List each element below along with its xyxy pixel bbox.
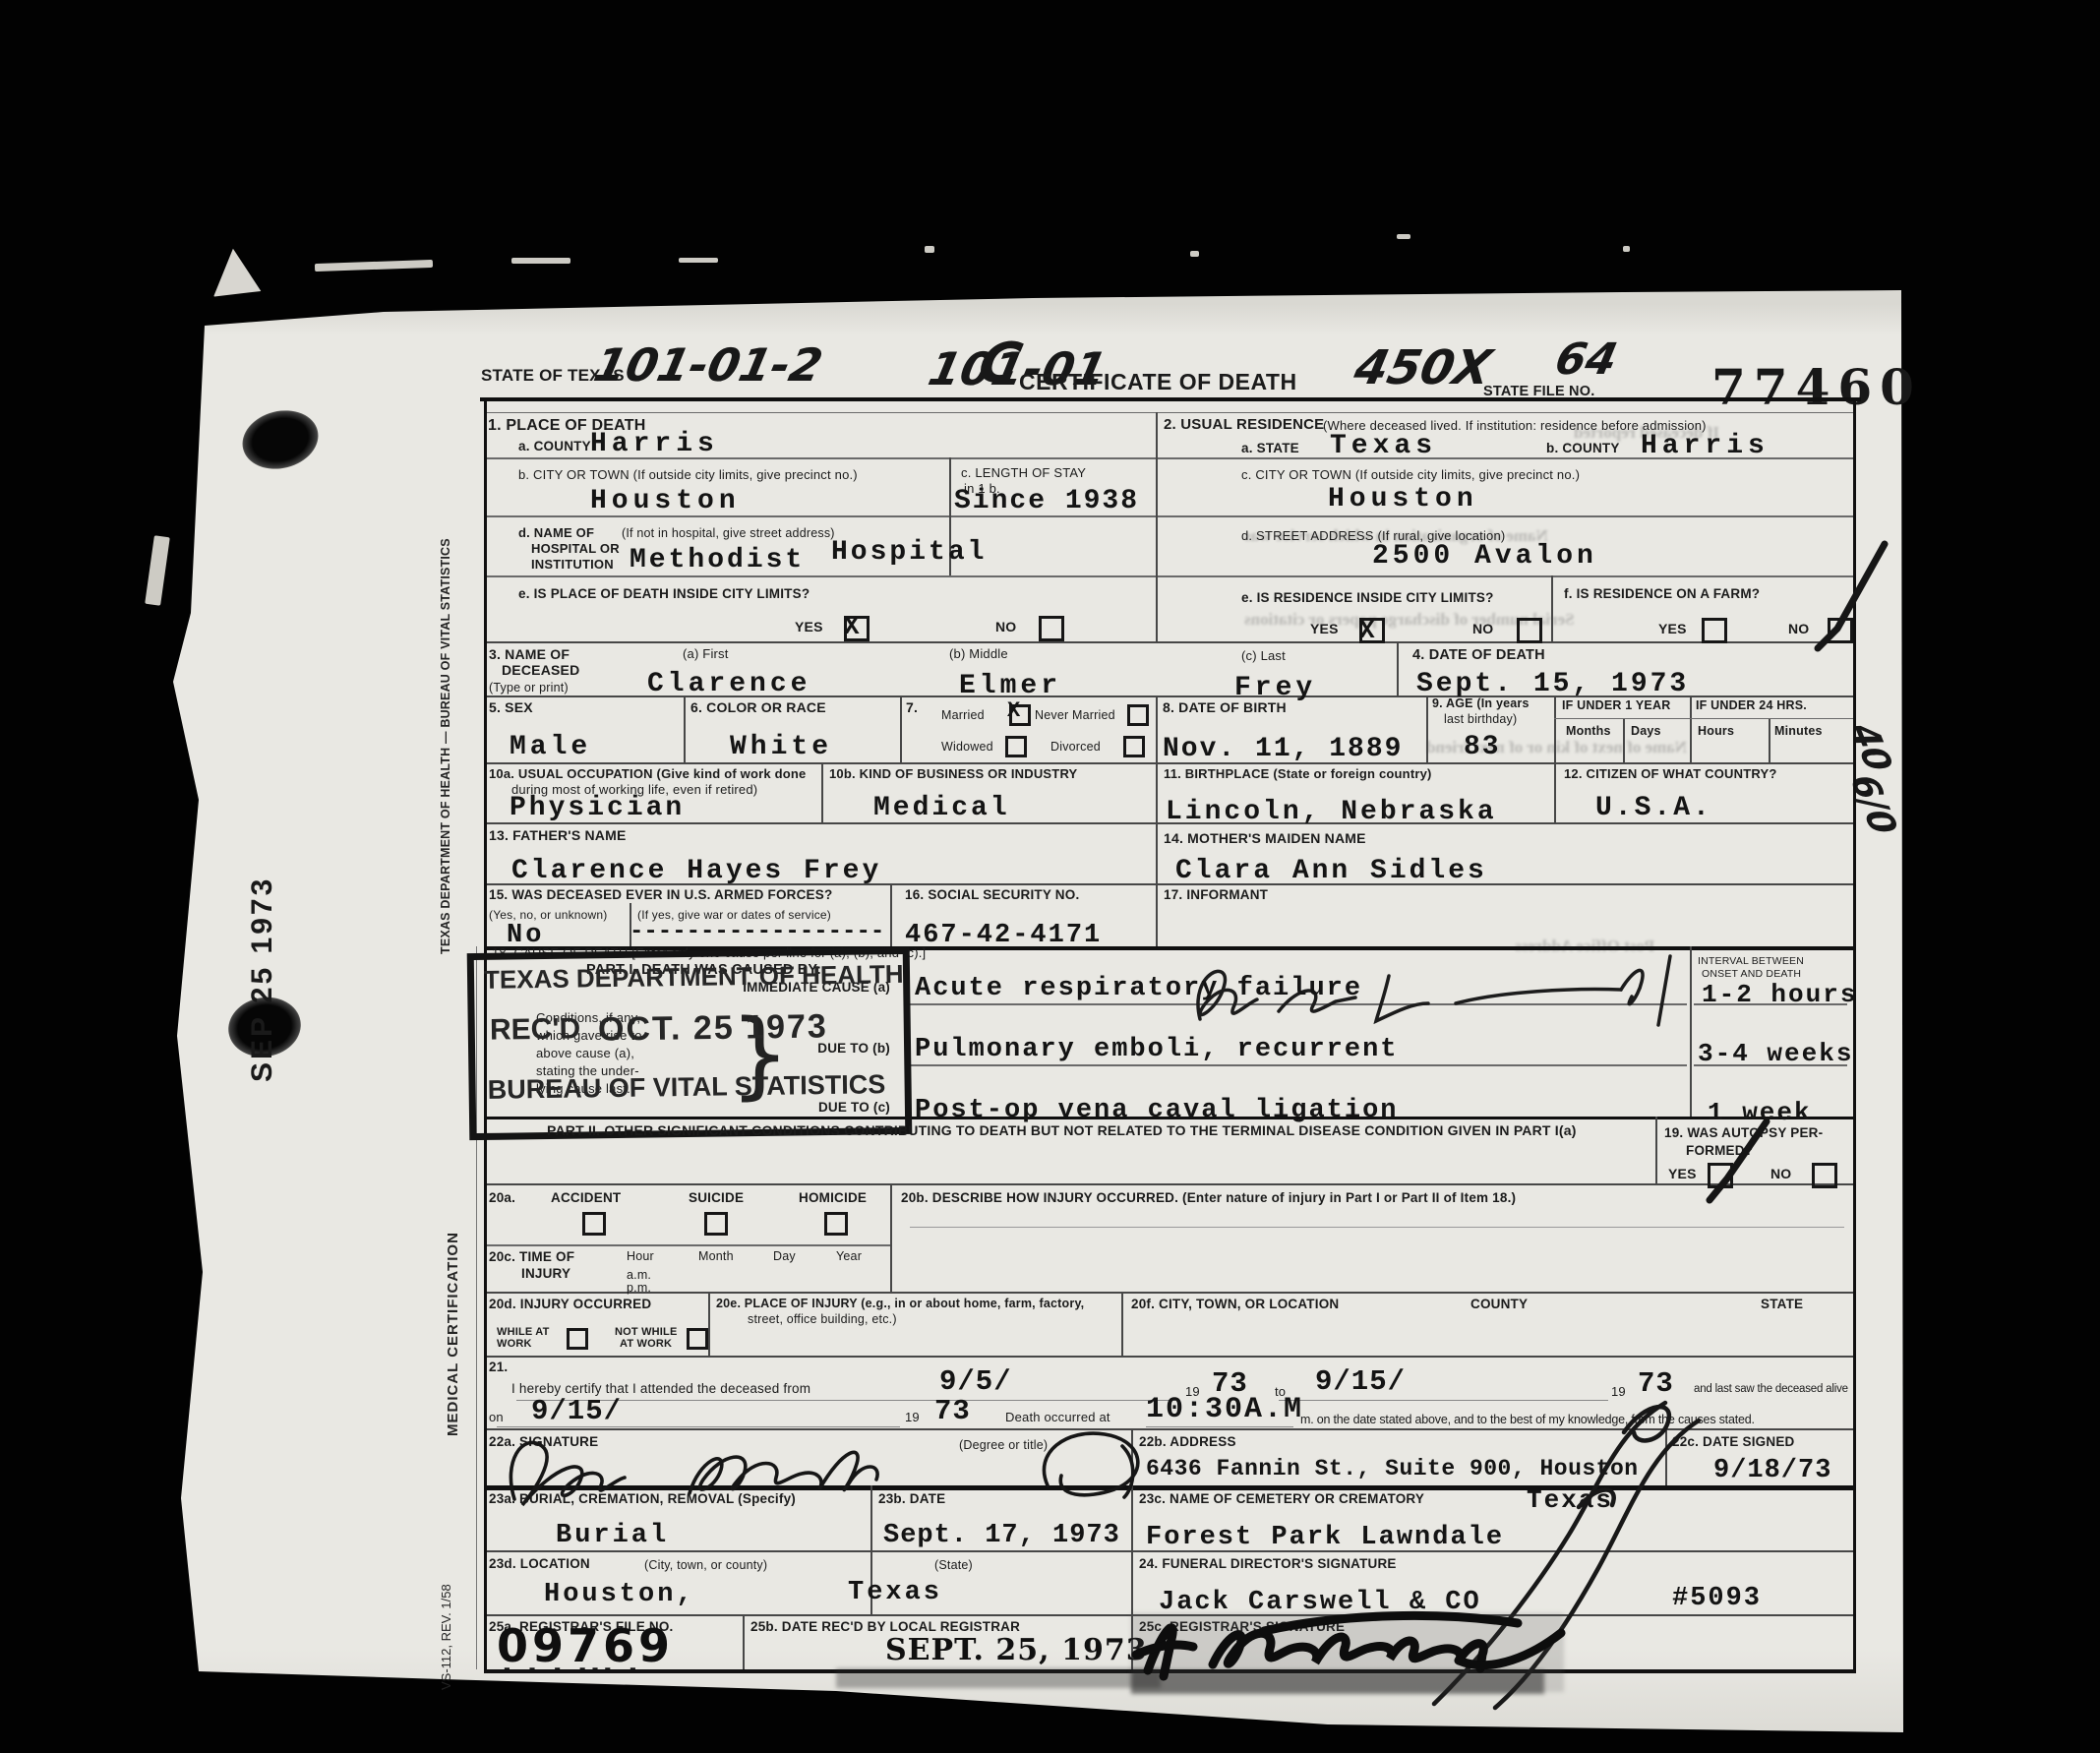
sec20c-year: Year (836, 1249, 862, 1263)
sec9-under24-label: IF UNDER 24 HRS. (1696, 698, 1807, 712)
paper-scrap (213, 247, 269, 306)
sec5-label: 5. SEX (489, 700, 533, 716)
sec20e-label1: 20e. PLACE OF INJURY (e.g., in or about … (716, 1297, 1084, 1310)
sec21-text2: and last saw the deceased alive (1694, 1383, 1848, 1396)
sec1-county-label: a. COUNTY (518, 439, 591, 453)
sec18-interval-label2: ONSET AND DEATH (1702, 969, 1801, 981)
sec1-city-value: Houston (590, 488, 741, 515)
scan-artifact (145, 535, 170, 606)
sec2f-label: f. IS RESIDENCE ON A FARM? (1564, 586, 1760, 601)
sec23d-hint2: (State) (934, 1558, 973, 1572)
sec20d-notwhile-checkbox (687, 1328, 708, 1350)
sec23b-label: 23b. DATE (878, 1491, 945, 1506)
sec17-label: 17. INFORMANT (1164, 887, 1268, 902)
sec22c-value: 9/18/73 (1713, 1458, 1831, 1484)
sec20d-whileat: WHILE AT (497, 1326, 550, 1338)
sec4-label: 4. DATE OF DEATH (1412, 647, 1545, 663)
sec20c-pm: p.m. (627, 1281, 651, 1295)
sec3-first-label: (a) First (683, 647, 729, 662)
sec20a-homicide: HOMICIDE (799, 1190, 867, 1205)
scan-artifact (511, 258, 570, 264)
sec9-under1yr-label: IF UNDER 1 YEAR (1562, 698, 1670, 712)
grid-line (910, 1227, 1844, 1228)
sec23d-label: 23d. LOCATION (489, 1556, 590, 1571)
sec21-from-value: 9/5/ (939, 1367, 1012, 1396)
sec2-state-label: a. STATE (1241, 441, 1299, 455)
sec18-interval-label1: INTERVAL BETWEEN (1698, 956, 1804, 968)
sec7-divorced-checkbox (1123, 736, 1145, 757)
sec3-last-value: Frey (1234, 675, 1316, 702)
sec5-value: Male (510, 734, 591, 761)
grid-line (1769, 718, 1770, 762)
grid-line (1690, 946, 1692, 1117)
sec14-value: Clara Ann Sidles (1175, 858, 1487, 885)
sec7-never-label: Never Married (1035, 708, 1115, 722)
grid-line (484, 412, 1853, 413)
sec2e-no-checkbox (1517, 618, 1542, 643)
grid-line (708, 1292, 710, 1356)
autopsy-yes-checkmark (1698, 1116, 1776, 1210)
sec10b-value: Medical (873, 795, 1010, 822)
scan-artifact (1623, 246, 1630, 252)
sec10b-label: 10b. KIND OF BUSINESS OR INDUSTRY (829, 767, 1077, 782)
sec20a-num: 20a. (489, 1190, 515, 1205)
grid-line (1156, 412, 1158, 641)
sec23d-city-value: Houston, (544, 1582, 695, 1608)
sec8-label: 8. DATE OF BIRTH (1163, 700, 1287, 716)
grid-line (900, 695, 902, 762)
sec9-hours-label: Hours (1698, 724, 1734, 738)
sec9-days-label: Days (1631, 724, 1661, 738)
grid-line (1156, 695, 1158, 762)
sec9-label2: last birthday) (1444, 712, 1517, 726)
grid-line (1655, 1117, 1657, 1183)
sec20a-suicide: SUICIDE (689, 1190, 744, 1205)
sec8-value: Nov. 11, 1889 (1163, 736, 1403, 763)
writing-line (1146, 1426, 1293, 1427)
handwritten-64: 64 (1551, 338, 1621, 382)
sec3-title2: DECEASED (502, 663, 579, 679)
grid-line (1156, 822, 1158, 883)
sec12-value: U.S.A. (1595, 795, 1712, 822)
received-date-stamp: SEP 25 1973 (246, 824, 279, 1082)
grid-line (1554, 718, 1853, 719)
sec1-stay-value: Since 1938 (954, 488, 1139, 515)
stamp-smudge (836, 1668, 1161, 1688)
sec20d-whileat-checkbox (567, 1328, 588, 1350)
grid-line (890, 1183, 892, 1292)
sec16-value: 467-42-4171 (905, 923, 1102, 949)
sec15-label: 15. WAS DECEASED EVER IN U.S. ARMED FORC… (489, 887, 832, 902)
scan-artifact (1397, 234, 1410, 239)
sec2e-yes: YES (1310, 622, 1339, 637)
sec20d-atwork: AT WORK (620, 1338, 672, 1350)
sec1-hospital-value2: Hospital (831, 539, 987, 567)
grid-line (1397, 641, 1399, 695)
sec3-first-value: Clarence (647, 671, 810, 698)
sec25a-dashes: - - - --- - (502, 1661, 640, 1678)
farm-no-checkmark (1810, 536, 1892, 660)
sec20a-accident-checkbox (582, 1212, 606, 1236)
sec9-minutes-label: Minutes (1774, 724, 1823, 738)
sec15-dashes: ------------------ (630, 921, 884, 944)
sec20a-suicide-checkbox (704, 1212, 728, 1236)
sec10a-value: Physician (510, 795, 685, 822)
grid-line (484, 1356, 1853, 1358)
sec23d-hint1: (City, town, or county) (644, 1558, 767, 1572)
grid-line (484, 1244, 890, 1246)
sec1-hosp-hint: (If not in hospital, give street address… (622, 526, 835, 540)
medical-certification-label: MEDICAL CERTIFICATION (445, 1149, 461, 1436)
received-stamp-date: OCT. 25 1973 (598, 1007, 828, 1049)
sec18-interval-b: 3-4 weeks (1698, 1041, 1853, 1066)
sec14-label: 14. MOTHER'S MAIDEN NAME (1164, 831, 1366, 847)
sec20c-month: Month (698, 1249, 734, 1263)
sec7-married-label: Married (941, 708, 985, 722)
grid-line (484, 641, 1853, 643)
sec20d-label: 20d. INJURY OCCURRED (489, 1297, 651, 1311)
sec1-city-label: b. CITY OR TOWN (If outside city limits,… (518, 468, 858, 483)
sec20f-label: 20f. CITY, TOWN, OR LOCATION (1131, 1297, 1339, 1311)
sec20f-county: COUNTY (1470, 1297, 1528, 1311)
scan-artifact (315, 260, 433, 272)
grid-line (1554, 695, 1556, 762)
sec11-label: 11. BIRTHPLACE (State or foreign country… (1164, 767, 1432, 782)
sec18-interval-a: 1-2 hours (1702, 982, 1857, 1007)
sec23a-value: Burial (556, 1523, 669, 1549)
sec1-stay-label: c. LENGTH OF STAY (961, 466, 1086, 481)
sec20b-label: 20b. DESCRIBE HOW INJURY OCCURRED. (Ente… (901, 1190, 1516, 1205)
received-stamp-recd: REC'D (490, 1012, 581, 1047)
grid-line (1623, 718, 1625, 762)
sec2f-yes-checkbox (1702, 618, 1727, 643)
sec6-value: White (730, 734, 832, 761)
sec20d-notwhile: NOT WHILE (615, 1326, 678, 1338)
sec2-city-label: c. CITY OR TOWN (If outside city limits,… (1241, 468, 1580, 483)
grid-line (821, 762, 823, 822)
grid-line (1551, 575, 1553, 641)
scan-artifact (925, 246, 934, 253)
sec3-last-label: (c) Last (1241, 649, 1286, 664)
sec3-type-hint: (Type or print) (489, 681, 569, 695)
scan-artifact (679, 258, 718, 263)
sec2e-label: e. IS RESIDENCE INSIDE CITY LIMITS? (1241, 590, 1494, 605)
sec3-middle-value: Elmer (959, 673, 1061, 700)
registrar-signature (1116, 1594, 1579, 1692)
grid-line (684, 695, 686, 762)
sec19-no-checkbox (1812, 1163, 1837, 1188)
sec7-married-mark: X (1007, 700, 1020, 722)
sec1-hosp-label2: HOSPITAL OR (531, 542, 620, 557)
sec4-value: Sept. 15, 1973 (1416, 671, 1689, 698)
sec2-state-value: Texas (1330, 433, 1437, 460)
sec18-cause-b: Pulmonary emboli, recurrent (915, 1037, 1398, 1063)
sec1e-no-checkbox (1039, 616, 1064, 641)
sec10a-label1: 10a. USUAL OCCUPATION (Give kind of work… (489, 767, 807, 782)
sec20c-day: Day (773, 1249, 796, 1263)
certificate-number-stamp: 77460 (1711, 358, 1922, 416)
grid-line (1426, 695, 1428, 762)
grid-line (1156, 883, 1158, 946)
sec23d-state-value: Texas (848, 1580, 942, 1606)
sec12-label: 12. CITIZEN OF WHAT COUNTRY? (1564, 767, 1776, 782)
sec2-city-value: Houston (1328, 486, 1478, 514)
sec2e-yes-mark: X (1359, 618, 1375, 643)
sec1-hosp-label1: d. NAME OF (518, 526, 594, 541)
grid-line (484, 1183, 1853, 1185)
grid-line (1121, 1292, 1123, 1356)
sec18-cause-a: Acute respiratory failure (915, 976, 1362, 1002)
sec1e-yes-mark: X (844, 614, 860, 639)
grid-line (484, 575, 1853, 577)
sec3-title1: 3. NAME OF (489, 647, 570, 663)
sec18-cause-c: Post-op vena caval ligation (915, 1098, 1398, 1124)
sec1-hospital-value1: Methodist (630, 547, 805, 574)
sec20e-label2: street, office building, etc.) (748, 1312, 897, 1326)
sec19-yes: YES (1668, 1167, 1697, 1182)
sec9-label1: 9. AGE (In years (1432, 696, 1530, 710)
sec23a-label: 23a. BURIAL, CREMATION, REMOVAL (Specify… (489, 1491, 796, 1506)
sec1-hosp-label3: INSTITUTION (531, 558, 614, 573)
sec1e-no: NO (995, 620, 1016, 635)
sec2f-yes: YES (1658, 622, 1687, 637)
sec7-widowed-label: Widowed (941, 740, 993, 754)
sec7-label: 7. (906, 700, 918, 716)
received-stamp-line3: BUREAU OF VITAL STATISTICS (480, 1069, 893, 1106)
sec18-part2: PART II. OTHER SIGNIFICANT CONDITIONS CO… (547, 1123, 1577, 1139)
sec2-county-value: Harris (1641, 433, 1770, 460)
sec20d-work: WORK (497, 1338, 532, 1350)
sec13-value: Clarence Hayes Frey (511, 858, 881, 885)
sec2f-no: NO (1788, 622, 1809, 637)
sec11-value: Lincoln, Nebraska (1166, 799, 1497, 826)
sec7-widowed-checkbox (1005, 736, 1027, 757)
sec21-num: 21. (489, 1360, 508, 1374)
grid-line (1554, 762, 1556, 822)
scanned-death-certificate: TEXAS DEPARTMENT OF HEALTH — BUREAU OF V… (0, 0, 2100, 1753)
grid-line (743, 1614, 745, 1669)
grid-line (480, 397, 1861, 401)
sec20a-accident: ACCIDENT (551, 1190, 621, 1205)
sec1-county-value: Harris (590, 431, 719, 458)
sec20c-am: a.m. (627, 1268, 651, 1282)
grid-line (1690, 695, 1692, 762)
sec21-text1: I hereby certify that I attended the dec… (511, 1381, 810, 1396)
sec2-title: 2. USUAL RESIDENCE (1164, 417, 1324, 434)
grid-line (910, 1064, 1687, 1066)
sec25b-date-stamp: SEPT. 25, 1973 (885, 1633, 1148, 1667)
sec16-label: 16. SOCIAL SECURITY NO. (905, 887, 1079, 902)
grid-line (484, 1292, 1853, 1294)
sec20c-hour: Hour (627, 1249, 654, 1263)
sec20a-homicide-checkbox (824, 1212, 848, 1236)
sec9-months-label: Months (1566, 724, 1611, 738)
sec7-divorced-label: Divorced (1050, 740, 1101, 754)
grid-line (890, 883, 892, 946)
sec13-label: 13. FATHER'S NAME (489, 828, 627, 844)
scan-artifact (1190, 251, 1199, 257)
sec20c-label1: 20c. TIME OF (489, 1249, 574, 1264)
sec3-middle-label: (b) Middle (949, 647, 1008, 662)
sec23b-value: Sept. 17, 1973 (883, 1523, 1120, 1549)
sec7-never-checkbox (1127, 704, 1149, 726)
form-code-label: VS-112, REV. 1/58 (439, 1523, 453, 1690)
grid-line (1156, 762, 1158, 822)
sec2-street-value: 2500 Avalon (1372, 543, 1597, 571)
handwritten-code-left: 101-01-2 (590, 342, 826, 388)
sec2-county-label: b. COUNTY (1546, 441, 1620, 455)
sec1e-yes: YES (795, 620, 823, 635)
sec1e-label: e. IS PLACE OF DEATH INSIDE CITY LIMITS? (518, 586, 810, 601)
sec6-label: 6. COLOR OR RACE (690, 700, 826, 716)
received-stamp-line1: TEXAS DEPARTMENT OF HEALTH (484, 959, 887, 996)
department-vertical-label: TEXAS DEPARTMENT OF HEALTH — BUREAU OF V… (439, 423, 452, 954)
handwritten-450x: 450X (1350, 344, 1495, 392)
certificate-title: CERTIFICATE OF DEATH (1019, 370, 1297, 395)
sec20f-state: STATE (1761, 1297, 1803, 1311)
sec9-value: 83 (1464, 734, 1501, 761)
sec2e-no: NO (1472, 622, 1493, 637)
sec25b-label: 25b. DATE REC'D BY LOCAL REGISTRAR (750, 1619, 1020, 1634)
sec20c-label2: INJURY (521, 1266, 570, 1281)
